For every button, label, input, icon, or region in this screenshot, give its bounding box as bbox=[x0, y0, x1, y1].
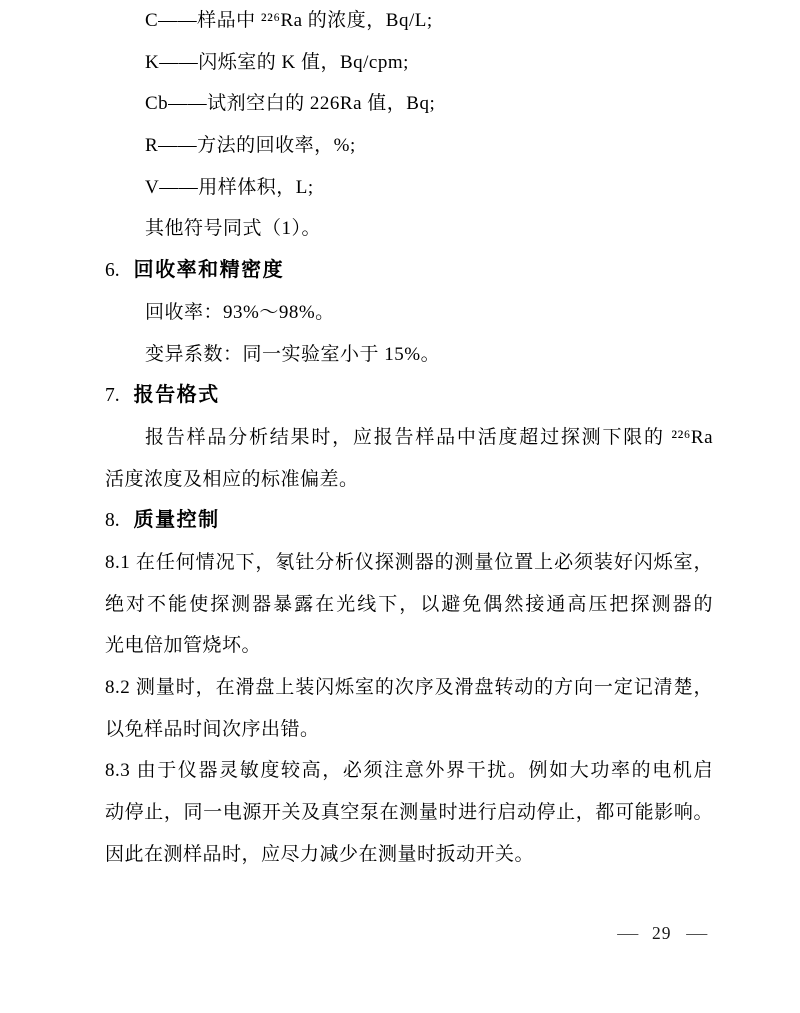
text-line: R——方法的回收率，%; bbox=[105, 125, 713, 167]
document-page: C——样品中 ²²⁶Ra 的浓度，Bq/L;K——闪烁室的 K 值，Bq/cpm… bbox=[0, 0, 800, 1013]
section-title: 回收率和精密度 bbox=[134, 259, 285, 281]
paragraph-8-3: 8.3 由于仪器灵敏度较高，必须注意外界干扰。例如大功率的电机启动停止，同一电源… bbox=[105, 750, 713, 875]
text-line: 报告样品分析结果时，应报告样品中活度超过探测下限的 ²²⁶Ra bbox=[105, 417, 713, 459]
text-line: 因此在测样品时，应尽力减少在测量时扳动开关。 bbox=[105, 834, 713, 876]
section-number: 8. bbox=[105, 500, 120, 542]
footer-dash-left: — bbox=[617, 923, 638, 944]
text-line: 8.1 在任何情况下，氡钍分析仪探测器的测量位置上必须装好闪烁室， bbox=[105, 542, 713, 584]
paragraph-8-1: 8.1 在任何情况下，氡钍分析仪探测器的测量位置上必须装好闪烁室，绝对不能使探测… bbox=[105, 542, 713, 667]
section-7-paragraph: 报告样品分析结果时，应报告样品中活度超过探测下限的 ²²⁶Ra活度浓度及相应的标… bbox=[105, 417, 713, 500]
text-line: V——用样体积，L; bbox=[105, 167, 713, 209]
section-heading-8: 8.质量控制 bbox=[105, 500, 713, 542]
section-title: 报告格式 bbox=[134, 384, 220, 406]
text-line: K——闪烁室的 K 值，Bq/cpm; bbox=[105, 42, 713, 84]
section-number: 6. bbox=[105, 250, 120, 292]
page-number: 29 bbox=[652, 923, 672, 944]
section-heading-7: 7.报告格式 bbox=[105, 375, 713, 417]
section-6-body: 回收率：93%～98%。变异系数：同一实验室小于 15%。 bbox=[105, 292, 713, 375]
text-line: Cb——试剂空白的 226Ra 值，Bq; bbox=[105, 83, 713, 125]
document-content: C——样品中 ²²⁶Ra 的浓度，Bq/L;K——闪烁室的 K 值，Bq/cpm… bbox=[105, 0, 713, 875]
page-footer: — 29 — bbox=[0, 918, 800, 948]
text-line: 动停止，同一电源开关及真空泵在测量时进行启动停止，都可能影响。 bbox=[105, 792, 713, 834]
section-title: 质量控制 bbox=[134, 509, 220, 531]
text-line: 回收率：93%～98%。 bbox=[105, 292, 713, 334]
text-line: 变异系数：同一实验室小于 15%。 bbox=[105, 334, 713, 376]
text-line: 以免样品时间次序出错。 bbox=[105, 709, 713, 751]
text-line: 绝对不能使探测器暴露在光线下，以避免偶然接通高压把探测器的 bbox=[105, 584, 713, 626]
text-line: 8.3 由于仪器灵敏度较高，必须注意外界干扰。例如大功率的电机启 bbox=[105, 750, 713, 792]
text-line: 其他符号同式（1）。 bbox=[105, 208, 713, 250]
text-line: 光电倍加管烧坏。 bbox=[105, 625, 713, 667]
section-number: 7. bbox=[105, 375, 120, 417]
text-line: 活度浓度及相应的标准偏差。 bbox=[105, 459, 713, 501]
symbol-definitions: C——样品中 ²²⁶Ra 的浓度，Bq/L;K——闪烁室的 K 值，Bq/cpm… bbox=[105, 0, 713, 250]
text-line: 8.2 测量时，在滑盘上装闪烁室的次序及滑盘转动的方向一定记清楚， bbox=[105, 667, 713, 709]
section-heading-6: 6.回收率和精密度 bbox=[105, 250, 713, 292]
text-line: C——样品中 ²²⁶Ra 的浓度，Bq/L; bbox=[105, 0, 713, 42]
footer-dash-right: — bbox=[686, 923, 707, 944]
paragraph-8-2: 8.2 测量时，在滑盘上装闪烁室的次序及滑盘转动的方向一定记清楚，以免样品时间次… bbox=[105, 667, 713, 750]
